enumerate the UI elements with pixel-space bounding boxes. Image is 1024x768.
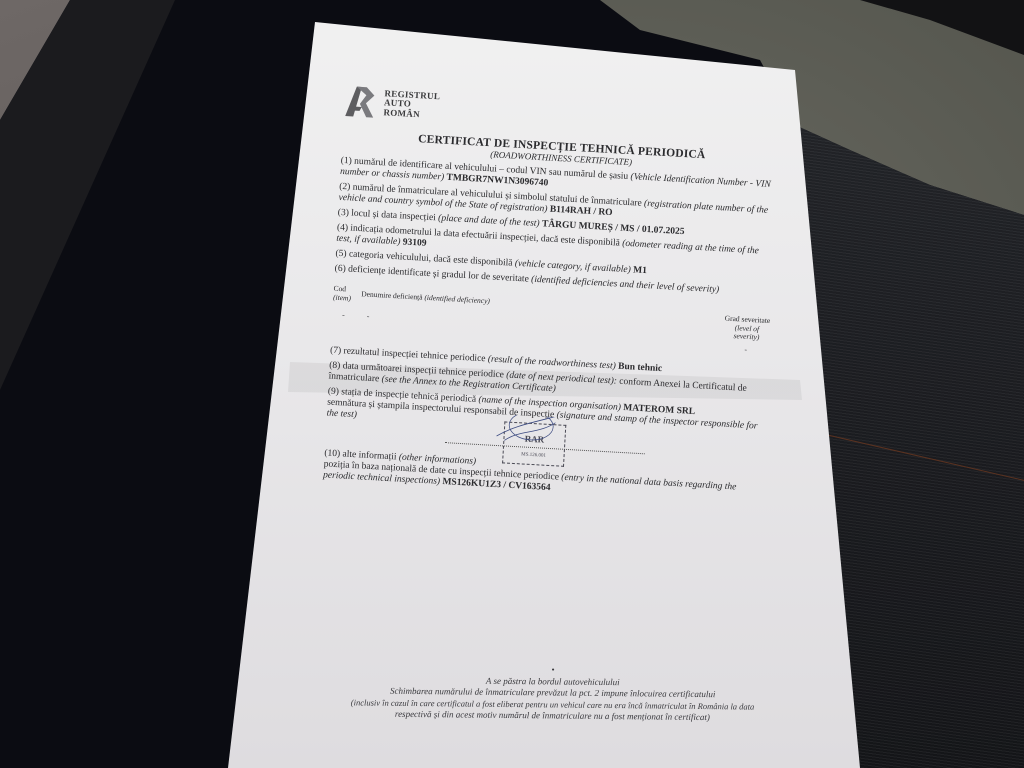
rar-logo-icon	[343, 84, 379, 120]
result-value: Bun tehnic	[618, 362, 663, 374]
signature-line: RAR MS.126.001	[445, 440, 645, 454]
grade-value: -	[721, 344, 771, 355]
inspector-stamp: RAR MS.126.001	[502, 421, 566, 466]
stamp-code: MS.126.001	[503, 448, 564, 462]
category-value: M1	[633, 265, 647, 276]
certificate-content: REGISTRUL AUTO ROMÂN CERTIFICAT DE INSPE…	[323, 84, 785, 506]
col-grade-header: Grad severitate (level of severity) -	[721, 314, 773, 355]
logo-line-3: ROMÂN	[383, 108, 439, 121]
col-name-header: Denumire deficiență (identified deficien…	[359, 290, 490, 339]
odometer-value: 93109	[402, 237, 426, 248]
col-code-header: Cod (item)	[331, 285, 351, 332]
certificate-footer: • A se păstra la bordul autovehiculului …	[317, 662, 788, 724]
registration-value: B114RAH / RO	[550, 205, 613, 218]
